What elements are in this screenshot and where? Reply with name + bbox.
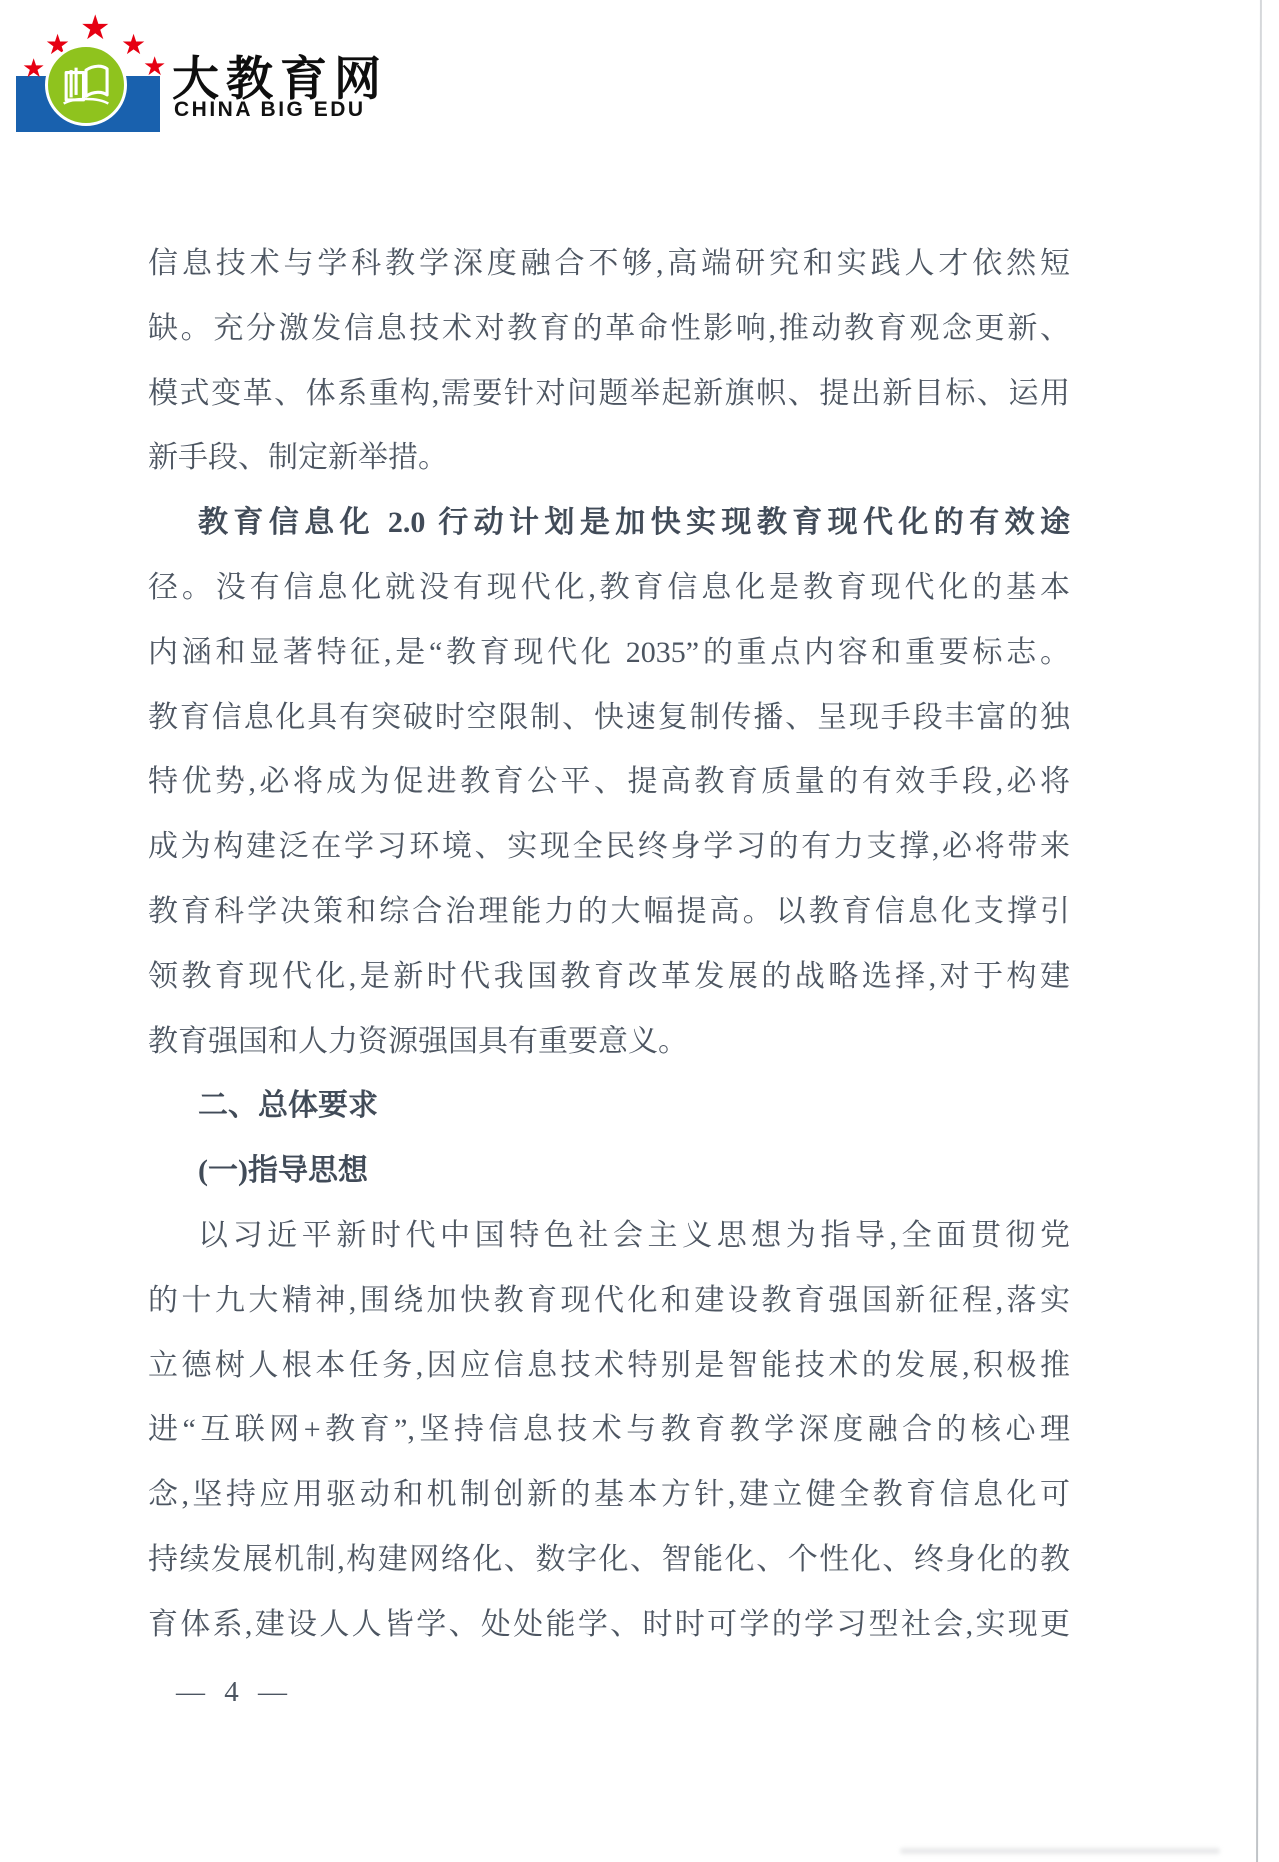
text-line: 育体系,建设人人皆学、处处能学、时时可学的学习型社会,实现更	[148, 1593, 1070, 1658]
page-number: — 4 —	[176, 1662, 293, 1722]
scan-edge-line	[1256, 0, 1262, 1862]
text-line: 新手段、制定新举措。	[148, 426, 1070, 491]
text-line: 教育强国和人力资源强国具有重要意义。	[148, 1010, 1070, 1075]
star-icon: ★	[143, 54, 166, 80]
text-line: 教育信息化 2.0 行动计划是加快实现教育现代化的有效途	[148, 491, 1070, 556]
scan-smudge	[900, 1848, 1220, 1854]
star-icon: ★	[80, 12, 110, 46]
text-line: (一)指导思想	[148, 1139, 1070, 1204]
open-book-icon	[45, 44, 127, 126]
text-line: 成为构建泛在学习环境、实现全民终身学习的有力支撑,必将带来	[148, 815, 1070, 880]
text-line: 以习近平新时代中国特色社会主义思想为指导,全面贯彻党	[148, 1204, 1070, 1269]
text-line: 缺。充分激发信息技术对教育的革命性影响,推动教育观念更新、	[148, 297, 1070, 362]
text-line: 径。没有信息化就没有现代化,教育信息化是教育现代化的基本	[148, 556, 1070, 621]
text-line: 教育信息化具有突破时空限制、快速复制传播、呈现手段丰富的独	[148, 686, 1070, 751]
text-line: 持续发展机制,构建网络化、数字化、智能化、个性化、终身化的教	[148, 1528, 1070, 1593]
text-line: 领教育现代化,是新时代我国教育改革发展的战略选择,对于构建	[148, 945, 1070, 1010]
text-line: 特优势,必将成为促进教育公平、提高教育质量的有效手段,必将	[148, 750, 1070, 815]
scanned-document-page: ★ ★ ★ ★ ★ 大教育网 CHINA BIG EDU 信息技术与学科教学深度…	[0, 0, 1279, 1862]
star-icon: ★	[22, 56, 45, 82]
text-line: 二、总体要求	[148, 1074, 1070, 1139]
text-line: 信息技术与学科教学深度融合不够,高端研究和实践人才依然短	[148, 232, 1070, 297]
logo: ★ ★ ★ ★ ★ 大教育网 CHINA BIG EDU	[12, 8, 432, 138]
document-body: 信息技术与学科教学深度融合不够,高端研究和实践人才依然短缺。充分激发信息技术对教…	[148, 232, 1070, 1658]
logo-subtitle: CHINA BIG EDU	[174, 98, 434, 122]
text-line: 内涵和显著特征,是“教育现代化 2035”的重点内容和重要标志。	[148, 621, 1070, 686]
text-line: 进“互联网+教育”,坚持信息技术与教育教学深度融合的核心理	[148, 1398, 1070, 1463]
text-line: 立德树人根本任务,因应信息技术特别是智能技术的发展,积极推	[148, 1334, 1070, 1399]
text-line: 的十九大精神,围绕加快教育现代化和建设教育强国新征程,落实	[148, 1269, 1070, 1334]
text-line: 念,坚持应用驱动和机制创新的基本方针,建立健全教育信息化可	[148, 1463, 1070, 1528]
text-line: 模式变革、体系重构,需要针对问题举起新旗帜、提出新目标、运用	[148, 362, 1070, 427]
text-line: 教育科学决策和综合治理能力的大幅提高。以教育信息化支撑引	[148, 880, 1070, 945]
